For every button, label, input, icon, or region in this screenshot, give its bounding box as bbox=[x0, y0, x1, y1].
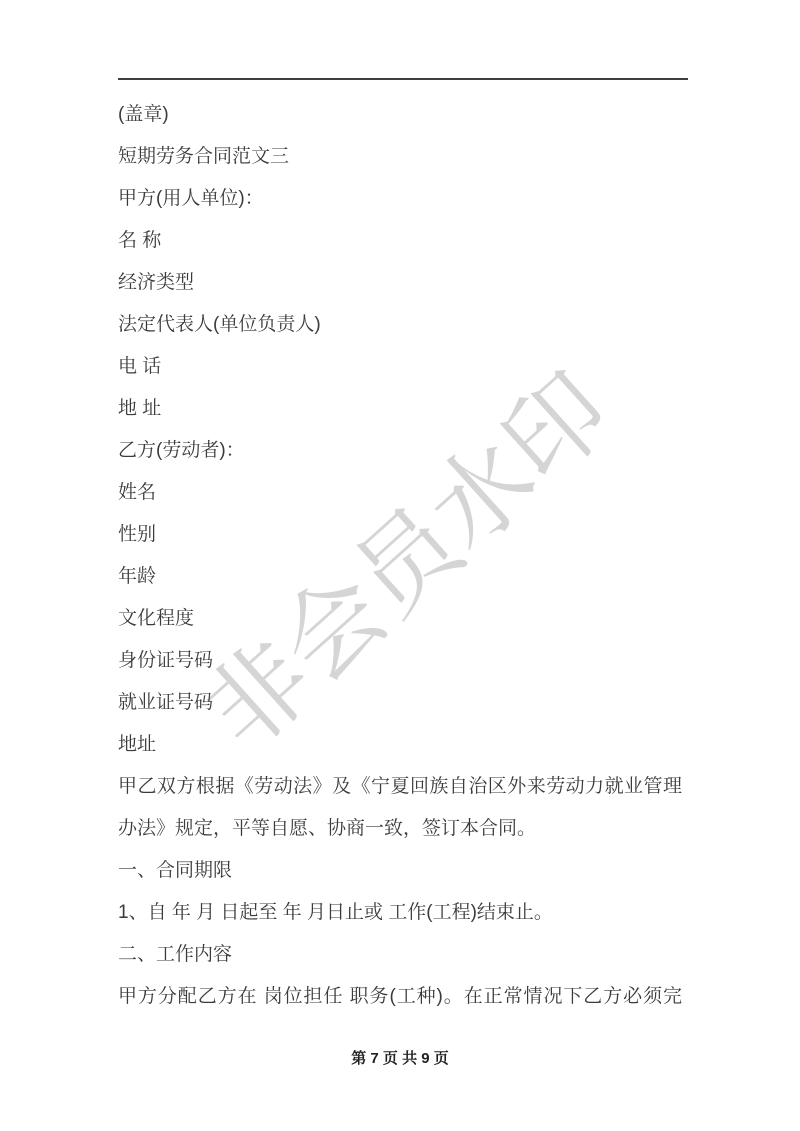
document-line: 文化程度 bbox=[118, 598, 682, 640]
document-line: 办法》规定，平等自愿、协商一致，签订本合同。 bbox=[118, 808, 682, 850]
document-page: 非会员水印 (盖章) 短期劳务合同范文三 甲方(用人单位)： 名 称 经济类型 … bbox=[0, 0, 800, 1131]
document-body: (盖章) 短期劳务合同范文三 甲方(用人单位)： 名 称 经济类型 法定代表人(… bbox=[118, 94, 682, 1018]
document-line: 地址 bbox=[118, 724, 682, 766]
document-line: (盖章) bbox=[118, 94, 682, 136]
document-line: 短期劳务合同范文三 bbox=[118, 136, 682, 178]
page-number: 第 7 页 共 9 页 bbox=[0, 1048, 800, 1070]
document-line-heading: 一、合同期限 bbox=[118, 850, 682, 892]
document-line: 性别 bbox=[118, 514, 682, 556]
document-line: 1、自 年 月 日起至 年 月日止或 工作(工程)结束止。 bbox=[118, 892, 682, 934]
document-line: 甲方分配乙方在 岗位担任 职务(工种)。在正常情况下乙方必须完 bbox=[118, 976, 682, 1018]
document-line: 乙方(劳动者)： bbox=[118, 430, 682, 472]
document-line: 身份证号码 bbox=[118, 640, 682, 682]
document-line: 地 址 bbox=[118, 388, 682, 430]
document-line: 姓名 bbox=[118, 472, 682, 514]
document-line: 名 称 bbox=[118, 220, 682, 262]
document-line: 年龄 bbox=[118, 556, 682, 598]
document-line: 经济类型 bbox=[118, 262, 682, 304]
header-rule bbox=[118, 78, 688, 80]
document-line: 法定代表人(单位负责人) bbox=[118, 304, 682, 346]
document-line: 甲方(用人单位)： bbox=[118, 178, 682, 220]
document-line: 就业证号码 bbox=[118, 682, 682, 724]
document-line: 甲乙双方根据《劳动法》及《宁夏回族自治区外来劳动力就业管理 bbox=[118, 766, 682, 808]
document-line-heading: 二、工作内容 bbox=[118, 934, 682, 976]
document-line: 电 话 bbox=[118, 346, 682, 388]
